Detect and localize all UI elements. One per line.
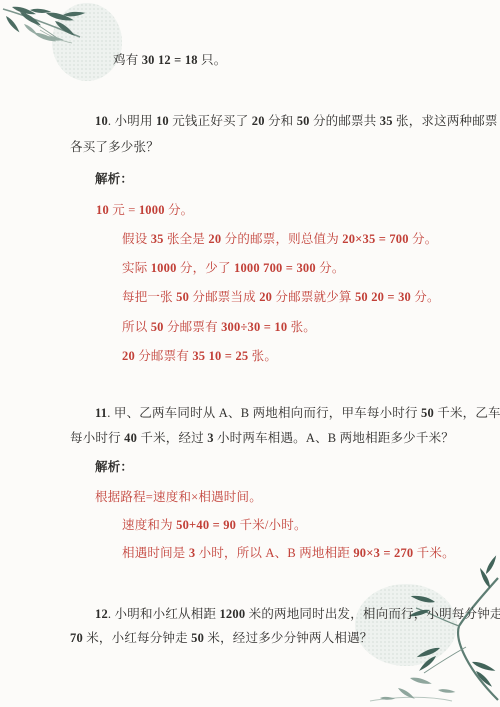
solution-step: 10 元 = 1000 分。 — [96, 203, 193, 218]
question-11-line-2: 每小时行 40 千米，经过 3 小时两车相遇。A、B 两地相距多少千米？ — [70, 431, 454, 446]
solution-step: 假设 35 张全是 20 分的邮票，则总值为 20×35 = 700 分。 — [122, 232, 437, 247]
solution-step: 实际 1000 分，少了 1000 700 = 300 分。 — [122, 261, 345, 276]
analysis-label: 解析： — [95, 460, 133, 475]
solution-step: 根据路程=速度和×相遇时间。 — [95, 490, 262, 505]
question-12-line-1: 12. 小明和小红从相距 1200 米的两地同时出发，相向而行，小明每分钟走 — [95, 607, 500, 622]
solution-step: 每把一张 50 分邮票当成 20 分邮票就少算 50 20 = 30 分。 — [122, 290, 440, 305]
previous-answer-line: 鸡有 30 12 = 18 只。 — [113, 53, 226, 68]
solution-step: 20 分邮票有 35 10 = 25 张。 — [122, 349, 277, 364]
analysis-label: 解析： — [95, 172, 133, 187]
document-page: 鸡有 30 12 = 18 只。 10. 小明用 10 元钱正好买了 20 分和… — [0, 0, 500, 707]
question-11-line-1: 11. 甲、乙两车同时从 A、B 两地相向而行，甲车每小时行 50 千米，乙车 — [95, 406, 500, 421]
bamboo-stalk-icon — [340, 550, 500, 707]
question-10-line-1: 10. 小明用 10 元钱正好买了 20 分和 50 分的邮票共 35 张，求这… — [95, 114, 498, 129]
question-12-line-2: 70 米，小红每分钟走 50 米，经过多少分钟两人相遇？ — [70, 631, 373, 646]
question-10-line-2: 各买了多少张？ — [70, 140, 159, 155]
solution-step: 速度和为 50+40 = 90 千米/小时。 — [122, 518, 307, 533]
solution-step: 相遇时间是 3 小时，所以 A、B 两地相距 90×3 = 270 千米。 — [122, 546, 455, 561]
solution-step: 所以 50 分邮票有 300÷30 = 10 张。 — [122, 320, 316, 335]
